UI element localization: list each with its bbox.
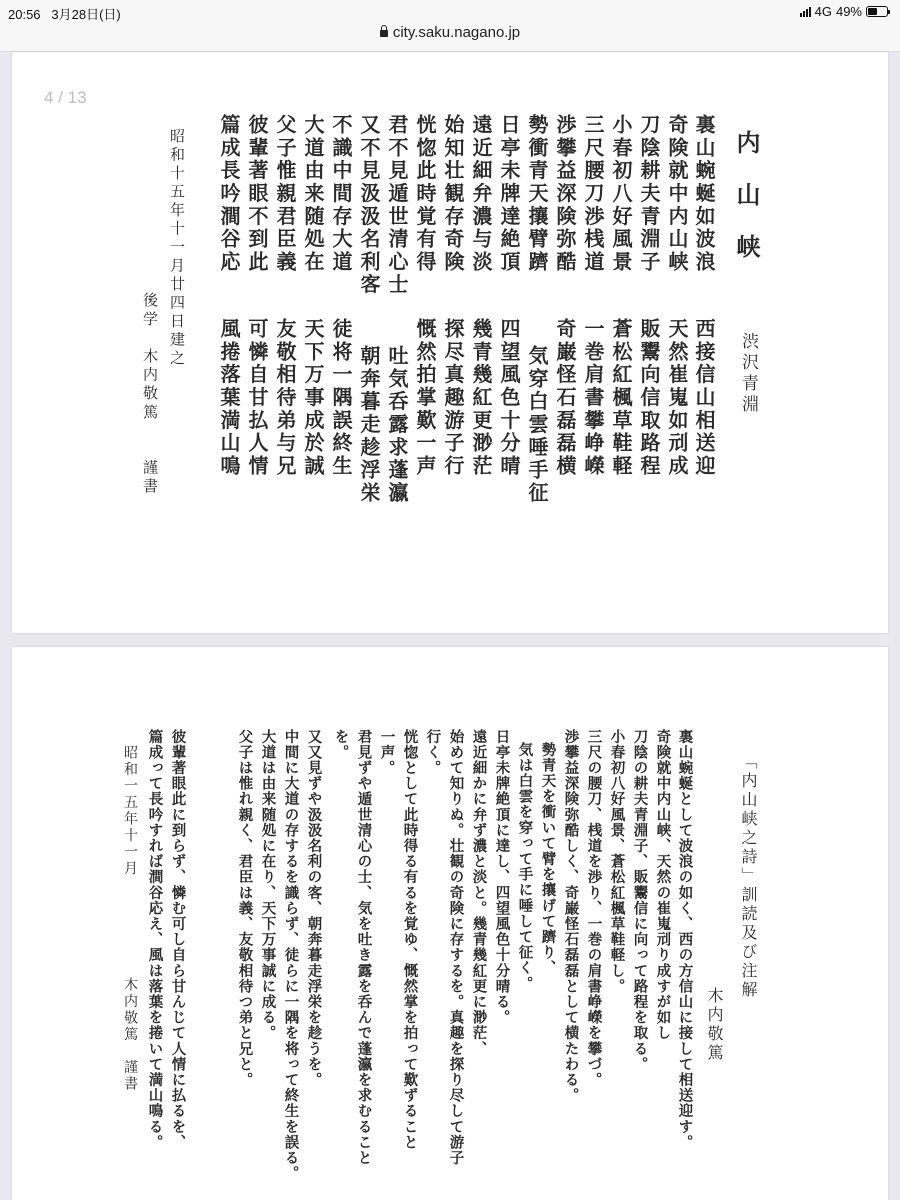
reading-line: 刀陰の耕夫青淵子、販鬻信に向って路程を取る。 <box>632 729 647 1072</box>
poem-column: 遠近細弁濃与淡 <box>471 114 491 274</box>
battery-percent: 49% <box>836 4 862 19</box>
reading-line: 奇険就中内山峡、天然の崔嵬刓り成すが如し <box>655 729 670 1041</box>
clock: 20:56 <box>8 7 41 22</box>
poem-column: 始知壮観存奇険 <box>443 114 463 274</box>
commentary-signature: 木内敬篤 謹書 <box>123 977 137 1093</box>
poem-column: 不識中間存大道 <box>331 114 351 274</box>
poem-column: 奇巌怪石磊磊横 <box>555 318 575 478</box>
reading-line: 遠近細かに弁ず濃と淡と。幾青幾紅更に渺茫、 <box>471 729 486 1057</box>
poem-column: 渉攀益深険弥酷 <box>555 114 575 274</box>
poem-column: 朝奔暮走趁浮栄 <box>359 345 379 505</box>
calligrapher-signature: 後学 木内敬篤 謹書 <box>142 292 157 497</box>
reading-line: 三尺の腰刀、桟道を渉り、一巻の肩書峥嶸を攀づ。 <box>586 729 601 1088</box>
commentary-heading: 「内山峡之詩」訓読及び注解 <box>740 753 756 1000</box>
reading-line: 父子は惟れ親く、君臣は義、友敬相待つ弟と兄と。 <box>237 729 252 1088</box>
poem-column: 幾青幾紅更渺茫 <box>471 318 491 478</box>
poem-column: 販鬻向信取路程 <box>639 318 659 478</box>
url-bar[interactable]: city.saku.nagano.jp <box>0 24 900 41</box>
poem-column: 気穿白雲唾手征 <box>527 345 547 505</box>
poem-column: 裏山蜿蜒如波浪 <box>694 114 714 274</box>
poem-column: 奇険就中内山峡 <box>667 114 687 274</box>
poem-column: 蒼松紅楓草鞋軽 <box>611 318 631 478</box>
poem-column: 勢衝青天攘臂躋 <box>527 114 547 274</box>
page-indicator: 4 / 13 <box>44 88 87 108</box>
poem-column: 吐気呑露求蓬瀛 <box>387 345 407 505</box>
reading-line: 気は白雲を穿って手に唾して征く。 <box>517 742 532 992</box>
reading-line: 彼輩著眼此に到らず、憐む可し自ら甘んじて人情に払るを、 <box>170 729 185 1150</box>
status-time: 20:56 3月28日(日) <box>8 4 121 23</box>
poem-column: 天下万事成於誠 <box>303 318 323 478</box>
poem-column: 君不見遁世清心士 <box>387 114 407 296</box>
poem-column: 徒将一隅誤終生 <box>331 318 351 478</box>
reading-line: 又又見ずや汲汲名利の客、朝奔暮走浮栄を趁うを。 <box>306 729 321 1088</box>
poem-column: 大道由来随処在 <box>303 114 323 274</box>
url-text: city.saku.nagano.jp <box>393 24 520 41</box>
poem-column: 慨然拍掌歎一声 <box>415 318 435 478</box>
reading-line: 君見ずや遁世清心の士、気を吐き露を呑んで蓬瀛を求むること <box>356 729 371 1166</box>
poem-column: 小春初八好風景 <box>611 114 631 274</box>
poem-column: 西接信山相送迎 <box>694 318 714 478</box>
reading-line: を。 <box>333 729 348 760</box>
poem-column: 刀陰耕夫青淵子 <box>639 114 659 274</box>
poem-title: 内山峡 <box>734 130 758 286</box>
poem-author: 渋沢青淵 <box>739 332 756 416</box>
pdf-page-4: 4 / 13 内山峡 渋沢青淵 裏山蜿蜒如波浪 奇険就中内山峡 刀陰耕夫青淵子 … <box>12 52 888 633</box>
erection-date: 昭和十五年十一月廿四日建之 <box>169 128 184 369</box>
status-bar: 20:56 3月28日(日) 4G 49% city.saku.nagano.j… <box>0 0 900 52</box>
status-indicators: 4G 49% <box>800 4 888 19</box>
pdf-page-5: 「内山峡之詩」訓読及び注解 木内敬篤 裏山蜿蜒として波浪の如く、西の方信山に接し… <box>12 647 888 1200</box>
battery-icon <box>866 6 888 17</box>
reading-line: 中間に大道の存するを識らず、徒らに一隅を将って終生を誤る。 <box>283 729 298 1181</box>
network-type: 4G <box>815 4 832 19</box>
reading-line: 行く。 <box>425 729 440 776</box>
reading-line: 篇成って長吟すれば澗谷応え、風は落葉を捲いて満山鳴る。 <box>147 729 162 1150</box>
poem-column: 又不見汲汲名利客 <box>359 114 379 296</box>
reading-line: 勢青天を衝いて臂を攘げて躋り、 <box>540 742 555 976</box>
poem-column: 友敬相待弟与兄 <box>275 318 295 478</box>
poem-column: 篇成長吟澗谷応 <box>219 114 239 274</box>
commentary-author: 木内敬篤 <box>706 987 722 1063</box>
reading-line: 始めて知りぬ。壮観の奇険に存するを。真趣を探り尽して游子 <box>448 729 463 1166</box>
reading-line: 恍惚として此時得る有るを覚ゆ、慨然掌を拍って歎ずること <box>402 729 417 1150</box>
poem-column: 父子惟親君臣義 <box>275 114 295 274</box>
lock-icon <box>380 30 388 37</box>
signal-icon <box>800 7 811 17</box>
poem-column: 風捲落葉満山鳴 <box>219 318 239 478</box>
poem-column: 三尺腰刀渉桟道 <box>583 114 603 274</box>
reading-line: 一声。 <box>379 729 394 776</box>
poem-column: 探尽真趣游子行 <box>443 318 463 478</box>
date: 3月28日(日) <box>51 7 120 22</box>
reading-line: 裏山蜿蜒として波浪の如く、西の方信山に接して相送迎す。 <box>677 729 692 1150</box>
poem-column: 日亭未牌達絶頂 <box>499 114 519 274</box>
poem-column: 天然崔嵬如刓成 <box>667 318 687 478</box>
reading-line: 大道は由来随処に在り、天下万事誠に成る。 <box>260 729 275 1041</box>
reading-line: 日亭未牌絶頂に達し、四望風色十分晴る。 <box>494 729 509 1025</box>
reading-line: 渉攀益深険弥酷しく、奇巌怪石磊磊として横たわる。 <box>563 729 578 1103</box>
reading-line: 小春初八好風景、蒼松紅楓草鞋軽し。 <box>609 729 624 994</box>
poem-column: 恍惚此時覚有得 <box>415 114 435 274</box>
commentary-date: 昭和一五年十一月 <box>123 745 137 877</box>
poem-column: 可憐自甘払人情 <box>247 318 267 478</box>
poem-column: 彼輩著眼不到此 <box>247 114 267 274</box>
poem-column: 一巻肩書攀峥嶸 <box>583 318 603 478</box>
poem-column: 四望風色十分晴 <box>499 318 519 478</box>
